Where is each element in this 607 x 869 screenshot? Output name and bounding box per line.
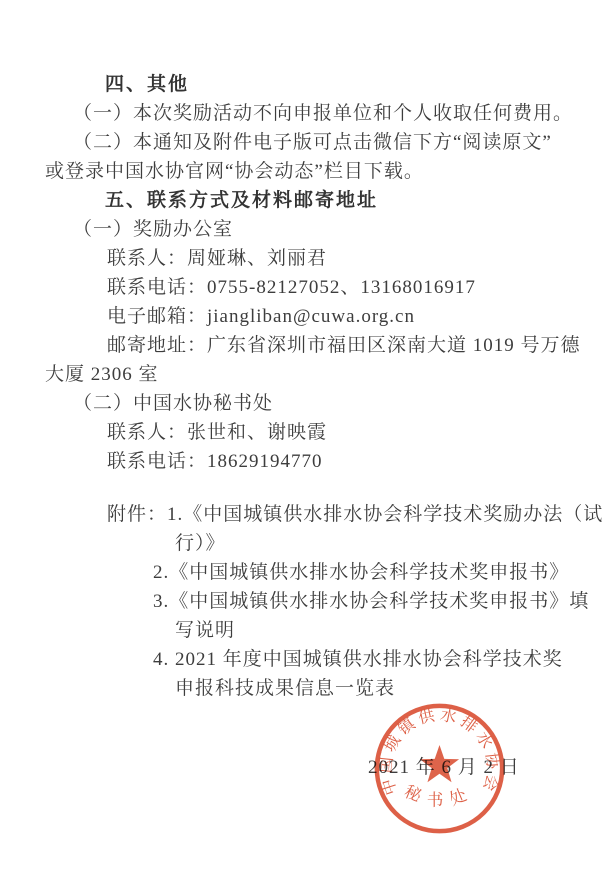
attachment-item-1-line1: 附件：1.《中国城镇供水排水协会科学技术奖励办法（试 (107, 500, 591, 529)
attachment-item-4-line1: 4. 2021 年度中国城镇供水排水协会科学技术奖 (153, 645, 591, 674)
office-email: 电子邮箱：jiangliban@cuwa.org.cn (107, 302, 591, 331)
secretariat-subsection-title: （二）中国水协秘书处 (73, 389, 591, 418)
office-subsection-title: （一）奖励办公室 (73, 215, 591, 244)
office-contact-person: 联系人：周娅琳、刘丽君 (107, 244, 591, 273)
office-address-line2: 大厦 2306 室 (45, 360, 591, 389)
secretariat-contact-phone: 联系电话：18629194770 (107, 447, 591, 476)
attachment-item-1-line2: 行）》 (175, 529, 591, 558)
attachment-item-3-line1: 3.《中国城镇供水排水协会科学技术奖申报书》填 (153, 587, 591, 616)
secretariat-contact-person: 联系人：张世和、谢映霞 (107, 418, 591, 447)
office-address-line1: 邮寄地址：广东省深圳市福田区深南大道 1019 号万德 (107, 331, 591, 360)
section-four-item1: （一）本次奖励活动不向申报单位和个人收取任何费用。 (73, 99, 591, 128)
section-four-item2-line2: 或登录中国水协官网“协会动态”栏目下载。 (45, 157, 591, 186)
document-page: 四、其他 （一）本次奖励活动不向申报单位和个人收取任何费用。 （二）本通知及附件… (0, 0, 607, 869)
seal-dept-text: 秘书处 (402, 782, 478, 810)
attachment-item-2: 2.《中国城镇供水排水协会科学技术奖申报书》 (153, 558, 591, 587)
attachment-item-3-line2: 写说明 (175, 616, 591, 645)
section-five-heading: 五、联系方式及材料邮寄地址 (105, 186, 591, 215)
signature-date: 2021 年 6 月 2 日 (368, 753, 591, 782)
section-four-item2-line1: （二）本通知及附件电子版可点击微信下方“阅读原文” (73, 128, 591, 157)
attachments-list: 附件：1.《中国城镇供水排水协会科学技术奖励办法（试 行）》 2.《中国城镇供水… (45, 500, 591, 703)
office-contact-phone: 联系电话：0755-82127052、13168016917 (107, 273, 591, 302)
section-four-heading: 四、其他 (105, 70, 591, 99)
attachment-item-4-line2: 申报科技成果信息一览表 (175, 674, 591, 703)
seal-org-text: 中国城镇供水排水协会 (377, 706, 502, 797)
